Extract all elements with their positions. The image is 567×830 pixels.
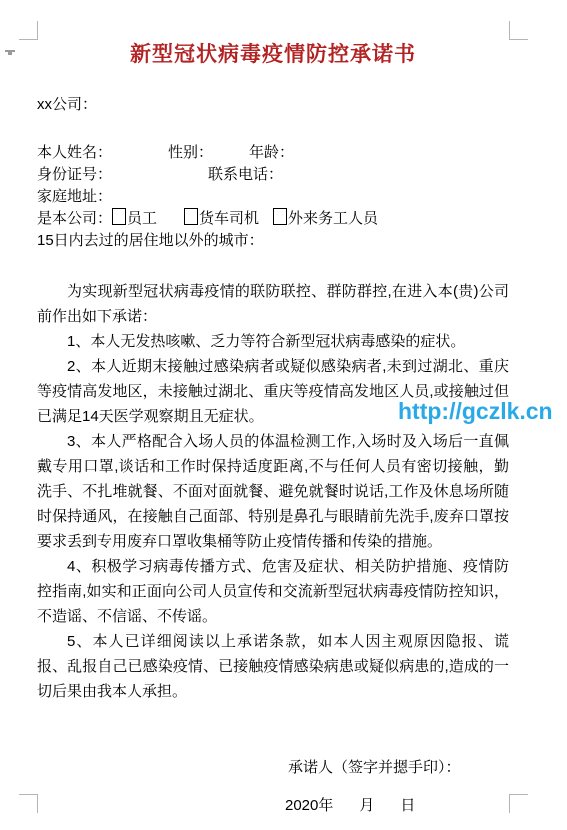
checkbox-migrant-worker[interactable]	[273, 208, 287, 225]
form-row-address: 家庭地址：	[37, 186, 509, 208]
date-day: 日	[400, 797, 415, 814]
company-salutation: xx公司：	[37, 96, 509, 114]
role-label-employee: 员工	[127, 210, 157, 227]
margin-corner-mark-top-left	[19, 21, 38, 40]
commitment-item-1: 1、本人无发热咳嗽、乏力等符合新型冠状病毒感染的症状。	[37, 329, 509, 354]
date-line: 2020年月日	[37, 797, 509, 815]
intro-paragraph: 为实现新型冠状病毒疫情的联防联控、群防群控,在进入本(贵)公司前作出如下承诺：	[37, 279, 509, 329]
document-title: 新型冠状病毒疫情防控承诺书	[37, 42, 509, 68]
home-address-label: 家庭地址：	[37, 188, 112, 205]
commitment-item-4: 4、积极学习病毒传播方式、危害及症状、相关防护措施、疫情防控指南,如实和正面向公…	[37, 554, 509, 629]
checkbox-employee[interactable]	[112, 208, 126, 225]
id-number-label: 身份证号：	[37, 166, 112, 183]
date-year: 2020年	[285, 797, 333, 814]
commitment-item-3: 3、本人严格配合入场人员的体温检测工作,入场时及入场后一直佩戴专用口罩,谈话和工…	[37, 429, 509, 554]
watermark-link: http://gczlk.cn	[398, 398, 560, 424]
signature-label: 承诺人（签字并摁手印）：	[37, 759, 509, 777]
role-label-migrant-worker: 外来务工人员	[288, 210, 378, 227]
margin-corner-mark-bottom-left	[19, 794, 38, 813]
cities-visited-label: 15日内去过的居住地以外的城市：	[37, 232, 264, 249]
form-row-id-phone: 身份证号：联系电话：	[37, 164, 509, 186]
document-page: 新型冠状病毒疫情防控承诺书 xx公司： 本人姓名：性别：年龄： 身份证号：联系电…	[0, 0, 567, 830]
personal-info-form: 本人姓名：性别：年龄： 身份证号：联系电话： 家庭地址： 是本公司：员工货车司机…	[37, 142, 509, 252]
gender-label: 性别：	[168, 144, 213, 161]
ruler-tab-icon	[5, 50, 15, 57]
margin-corner-mark-bottom-right	[509, 794, 528, 813]
role-option-employee: 员工	[112, 208, 157, 230]
form-row-company-role: 是本公司：员工货车司机外来务工人员	[37, 208, 509, 230]
role-label-truck-driver: 货车司机	[199, 210, 259, 227]
role-option-migrant-worker: 外来务工人员	[273, 208, 378, 230]
margin-corner-mark-top-right	[509, 21, 528, 40]
form-row-name-gender-age: 本人姓名：性别：年龄：	[37, 142, 509, 164]
commitment-item-5: 5、本人已详细阅读以上承诺条款，如本人因主观原因隐报、谎报、乱报自己已感染疫情、…	[37, 629, 509, 704]
commitment-body: 为实现新型冠状病毒疫情的联防联控、群防群控,在进入本(贵)公司前作出如下承诺： …	[37, 279, 509, 704]
form-row-cities-visited: 15日内去过的居住地以外的城市：	[37, 230, 509, 252]
phone-label: 联系电话：	[208, 166, 283, 183]
age-label: 年龄：	[249, 144, 294, 161]
company-role-label: 是本公司：	[37, 210, 112, 227]
role-option-truck-driver: 货车司机	[184, 208, 259, 230]
name-label: 本人姓名：	[37, 144, 112, 161]
checkbox-truck-driver[interactable]	[184, 208, 198, 225]
date-month: 月	[359, 797, 374, 814]
